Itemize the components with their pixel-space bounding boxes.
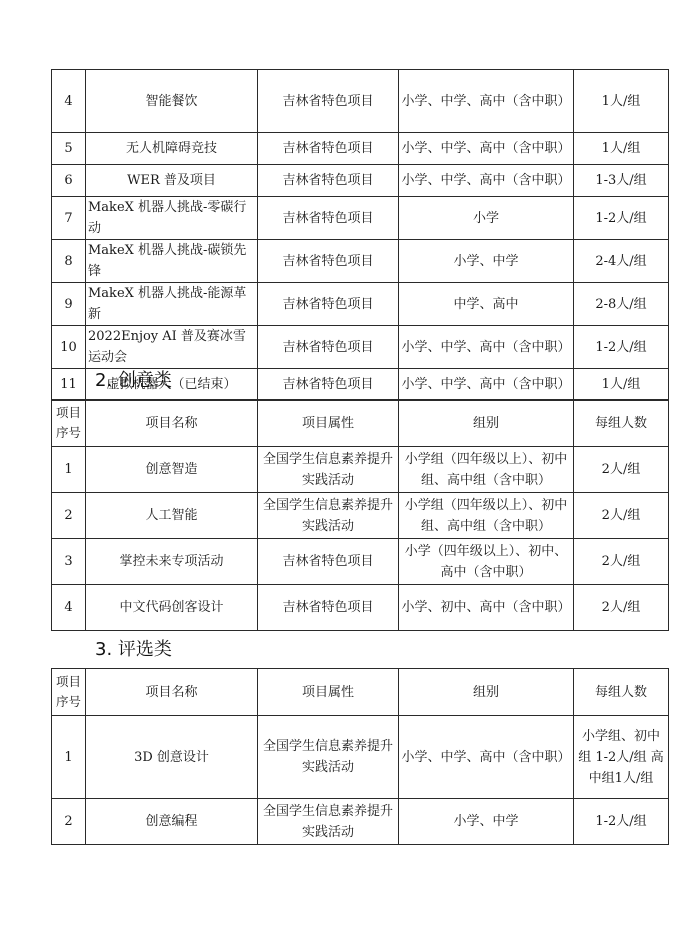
cell-no: 3: [52, 539, 86, 585]
table-row: 6 WER 普及项目 吉林省特色项目 小学、中学、高中（含中职） 1-3人/组: [52, 165, 669, 197]
cell-attr: 吉林省特色项目: [258, 539, 399, 585]
creative-projects-table: 项目序号 项目名称 项目属性 组别 每组人数 1 创意智造 全国学生信息素养提升…: [51, 399, 669, 631]
cell-size: 2-8人/组: [574, 283, 669, 326]
cell-no: 4: [52, 585, 86, 631]
cell-no: 9: [52, 283, 86, 326]
cell-attr: 全国学生信息素养提升实践活动: [258, 447, 399, 493]
cell-no: 11: [52, 369, 86, 401]
cell-no: 10: [52, 326, 86, 369]
header-no: 项目序号: [52, 669, 86, 716]
cell-attr: 全国学生信息素养提升实践活动: [258, 493, 399, 539]
header-group: 组别: [399, 400, 574, 447]
cell-group: 小学、中学、高中（含中职）: [399, 326, 574, 369]
cell-size: 1-3人/组: [574, 165, 669, 197]
table-row: 3 掌控未来专项活动 吉林省特色项目 小学（四年级以上）、初中、高中（含中职） …: [52, 539, 669, 585]
cell-no: 8: [52, 240, 86, 283]
table-row: 9 MakeX 机器人挑战-能源革新 吉林省特色项目 中学、高中 2-8人/组: [52, 283, 669, 326]
cell-attr: 吉林省特色项目: [258, 197, 399, 240]
table-row: 4 中文代码创客设计 吉林省特色项目 小学、初中、高中（含中职） 2人/组: [52, 585, 669, 631]
cell-no: 2: [52, 799, 86, 845]
header-group: 组别: [399, 669, 574, 716]
section-title-creative: 2. 创意类: [95, 366, 172, 392]
cell-name: MakeX 机器人挑战-零碳行动: [86, 197, 258, 240]
cell-no: 7: [52, 197, 86, 240]
cell-name: 3D 创意设计: [86, 716, 258, 799]
cell-group: 中学、高中: [399, 283, 574, 326]
cell-group: 小学组（四年级以上）、初中组、高中组（含中职）: [399, 493, 574, 539]
section-title-selection: 3. 评选类: [95, 635, 172, 661]
cell-attr: 全国学生信息素养提升实践活动: [258, 716, 399, 799]
header-name: 项目名称: [86, 400, 258, 447]
cell-size: 1-2人/组: [574, 326, 669, 369]
cell-group: 小学、中学、高中（含中职）: [399, 716, 574, 799]
cell-attr: 吉林省特色项目: [258, 70, 399, 133]
table-row: 10 2022Enjoy AI 普及赛冰雪运动会 吉林省特色项目 小学、中学、高…: [52, 326, 669, 369]
cell-name: 2022Enjoy AI 普及赛冰雪运动会: [86, 326, 258, 369]
cell-size: 2-4人/组: [574, 240, 669, 283]
cell-no: 5: [52, 133, 86, 165]
cell-no: 1: [52, 716, 86, 799]
cell-name: 无人机障碍竞技: [86, 133, 258, 165]
header-size: 每组人数: [574, 669, 669, 716]
header-attr: 项目属性: [258, 669, 399, 716]
cell-attr: 吉林省特色项目: [258, 240, 399, 283]
cell-attr: 吉林省特色项目: [258, 133, 399, 165]
cell-name: MakeX 机器人挑战-碳锁先锋: [86, 240, 258, 283]
cell-size: 1人/组: [574, 70, 669, 133]
table-row: 1 3D 创意设计 全国学生信息素养提升实践活动 小学、中学、高中（含中职） 小…: [52, 716, 669, 799]
table-header-row: 项目序号 项目名称 项目属性 组别 每组人数: [52, 400, 669, 447]
cell-group: 小学、中学、高中（含中职）: [399, 70, 574, 133]
cell-group: 小学、中学、高中（含中职）: [399, 133, 574, 165]
cell-no: 6: [52, 165, 86, 197]
cell-size: 1人/组: [574, 369, 669, 401]
table-row: 8 MakeX 机器人挑战-碳锁先锋 吉林省特色项目 小学、中学 2-4人/组: [52, 240, 669, 283]
cell-attr: 全国学生信息素养提升实践活动: [258, 799, 399, 845]
table-row: 7 MakeX 机器人挑战-零碳行动 吉林省特色项目 小学 1-2人/组: [52, 197, 669, 240]
table-row: 4 智能餐饮 吉林省特色项目 小学、中学、高中（含中职） 1人/组: [52, 70, 669, 133]
cell-group: 小学、中学: [399, 240, 574, 283]
cell-attr: 吉林省特色项目: [258, 283, 399, 326]
cell-no: 1: [52, 447, 86, 493]
cell-group: 小学: [399, 197, 574, 240]
table-row: 2 创意编程 全国学生信息素养提升实践活动 小学、中学 1-2人/组: [52, 799, 669, 845]
table-header-row: 项目序号 项目名称 项目属性 组别 每组人数: [52, 669, 669, 716]
cell-group: 小学、中学、高中（含中职）: [399, 369, 574, 401]
cell-size: 1人/组: [574, 133, 669, 165]
cell-name: 人工智能: [86, 493, 258, 539]
cell-name: 中文代码创客设计: [86, 585, 258, 631]
table-row: 1 创意智造 全国学生信息素养提升实践活动 小学组（四年级以上）、初中组、高中组…: [52, 447, 669, 493]
cell-size: 2人/组: [574, 493, 669, 539]
cell-name: 智能餐饮: [86, 70, 258, 133]
cell-name: WER 普及项目: [86, 165, 258, 197]
cell-size: 2人/组: [574, 585, 669, 631]
header-name: 项目名称: [86, 669, 258, 716]
cell-name: MakeX 机器人挑战-能源革新: [86, 283, 258, 326]
cell-attr: 吉林省特色项目: [258, 326, 399, 369]
cell-group: 小学、初中、高中（含中职）: [399, 585, 574, 631]
cell-group: 小学组（四年级以上）、初中组、高中组（含中职）: [399, 447, 574, 493]
selection-projects-table: 项目序号 项目名称 项目属性 组别 每组人数 1 3D 创意设计 全国学生信息素…: [51, 668, 669, 845]
cell-size: 小学组、初中组 1-2人/组 高中组1人/组: [574, 716, 669, 799]
table-row: 5 无人机障碍竞技 吉林省特色项目 小学、中学、高中（含中职） 1人/组: [52, 133, 669, 165]
cell-size: 2人/组: [574, 447, 669, 493]
robotics-projects-table: 4 智能餐饮 吉林省特色项目 小学、中学、高中（含中职） 1人/组 5 无人机障…: [51, 69, 669, 401]
cell-attr: 吉林省特色项目: [258, 585, 399, 631]
cell-attr: 吉林省特色项目: [258, 165, 399, 197]
cell-attr: 吉林省特色项目: [258, 369, 399, 401]
table-row: 2 人工智能 全国学生信息素养提升实践活动 小学组（四年级以上）、初中组、高中组…: [52, 493, 669, 539]
cell-group: 小学（四年级以上）、初中、高中（含中职）: [399, 539, 574, 585]
cell-size: 2人/组: [574, 539, 669, 585]
cell-size: 1-2人/组: [574, 799, 669, 845]
header-size: 每组人数: [574, 400, 669, 447]
cell-no: 2: [52, 493, 86, 539]
cell-name: 创意编程: [86, 799, 258, 845]
cell-no: 4: [52, 70, 86, 133]
cell-size: 1-2人/组: [574, 197, 669, 240]
header-no: 项目序号: [52, 400, 86, 447]
header-attr: 项目属性: [258, 400, 399, 447]
cell-name: 创意智造: [86, 447, 258, 493]
cell-name: 掌控未来专项活动: [86, 539, 258, 585]
cell-group: 小学、中学、高中（含中职）: [399, 165, 574, 197]
cell-group: 小学、中学: [399, 799, 574, 845]
